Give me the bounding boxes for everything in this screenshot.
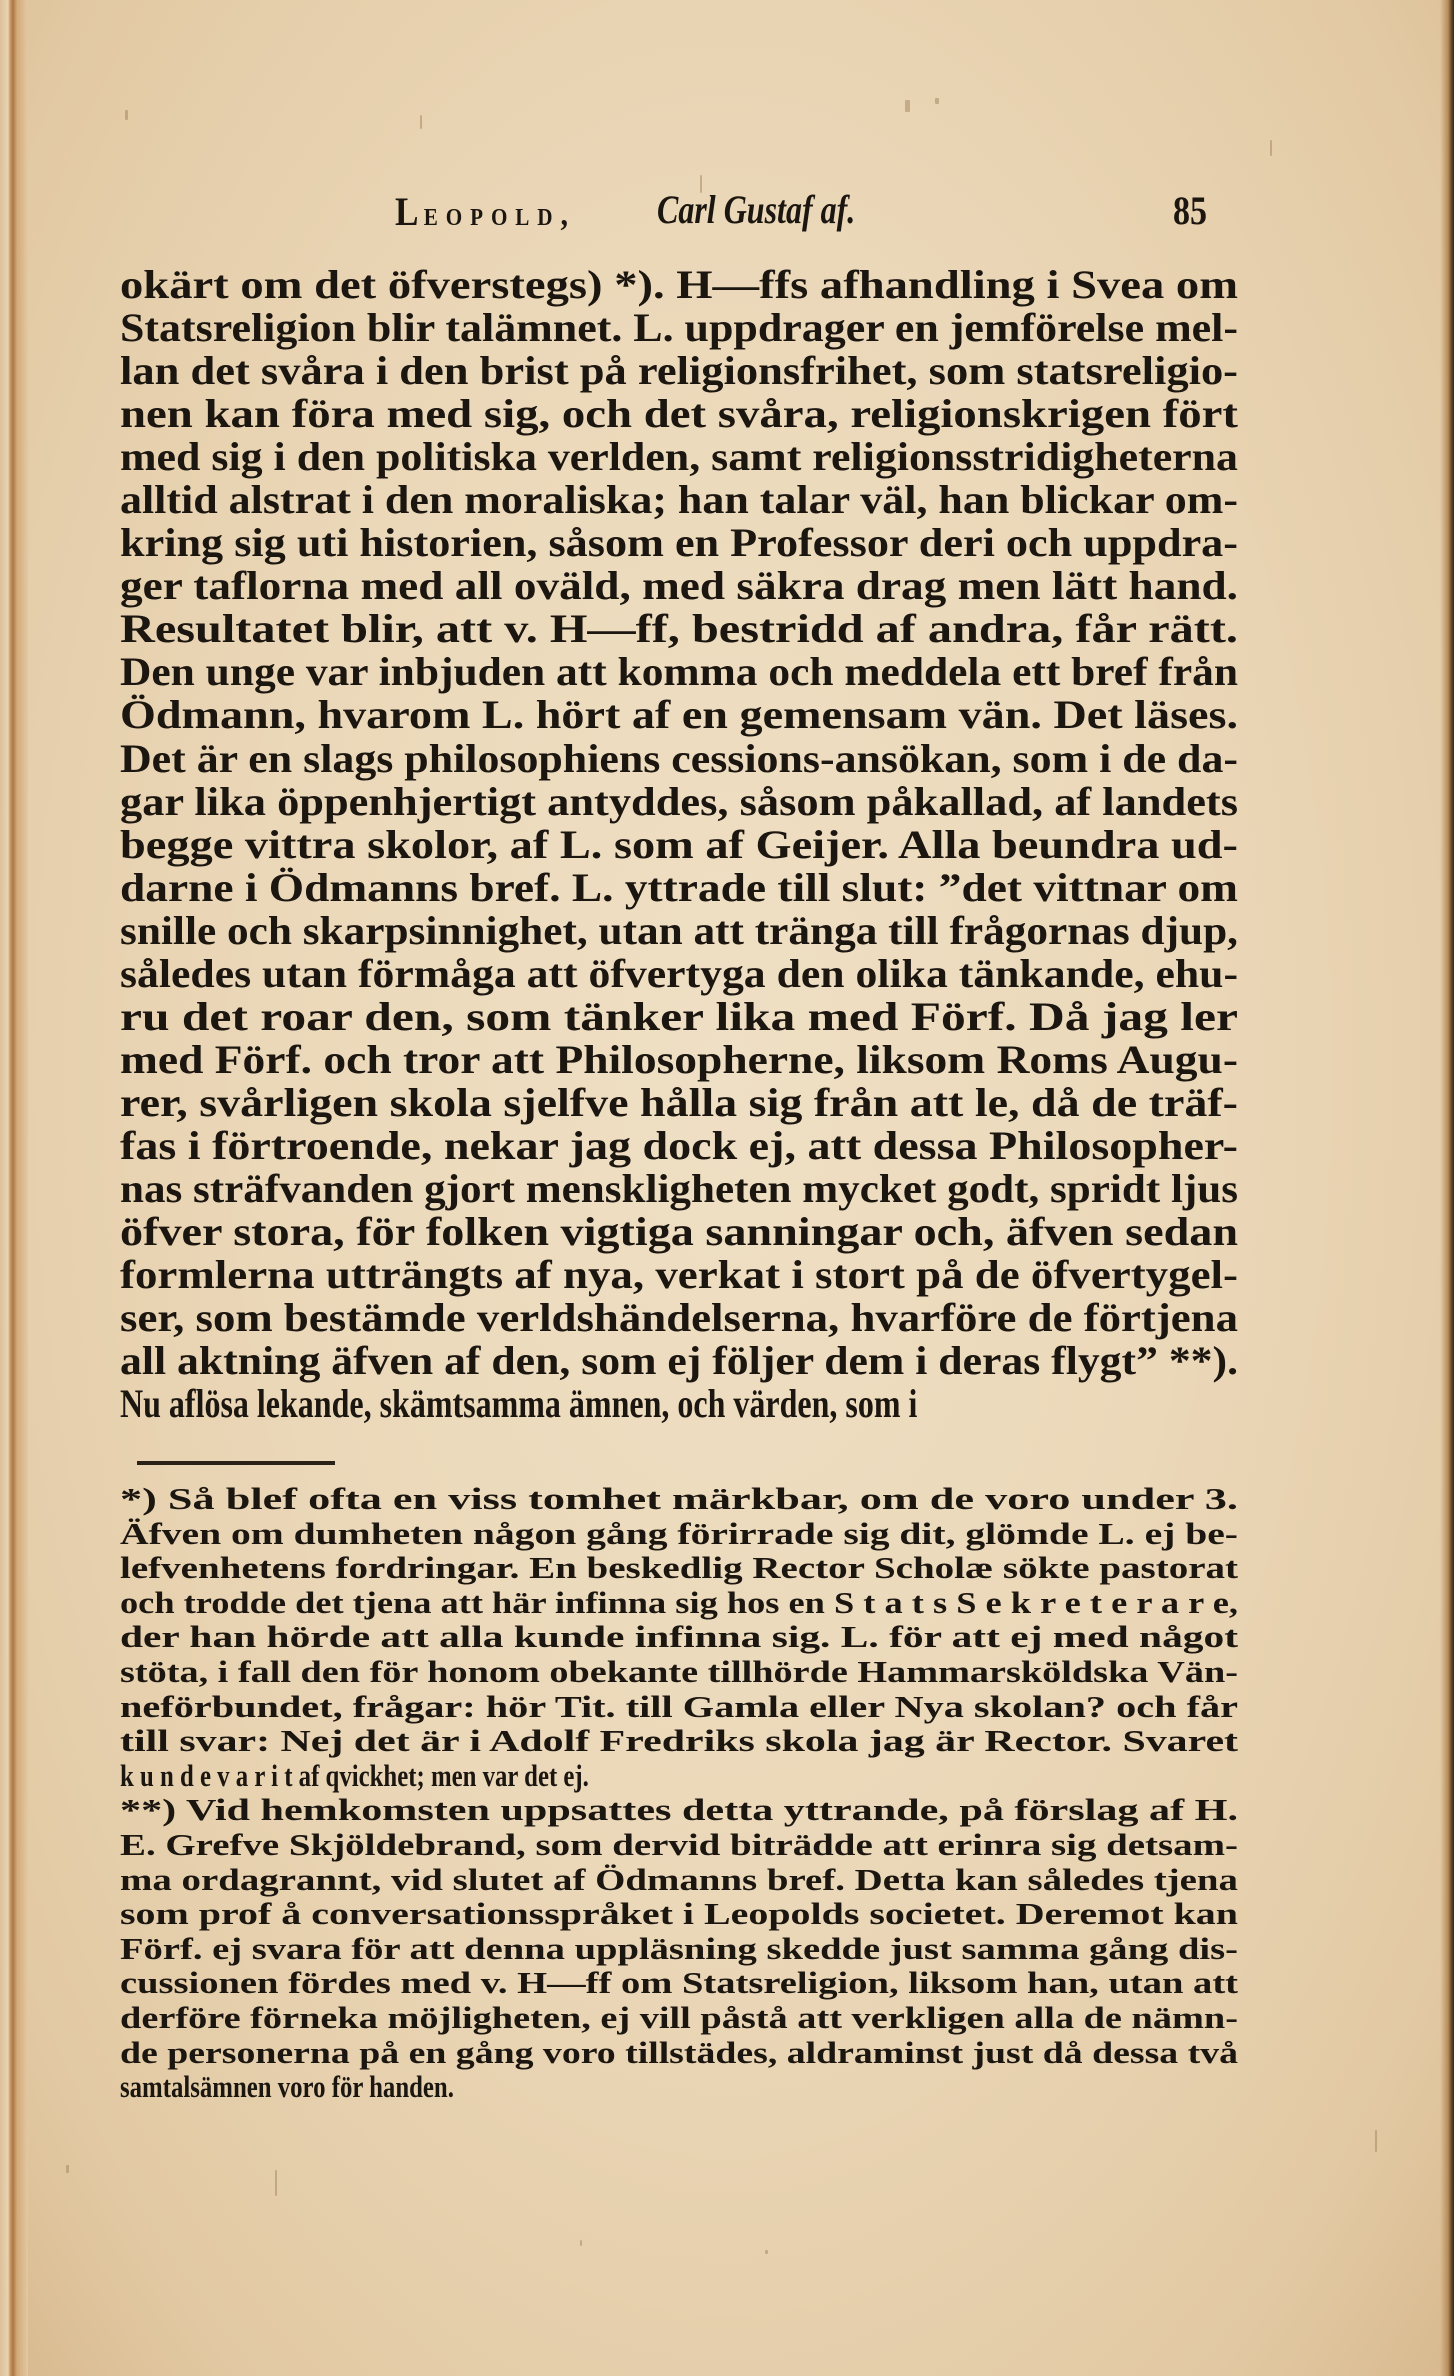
body-line: alltid alstrat i den moraliska; han tala…: [120, 478, 1238, 521]
footnote-line: till svar: Nej det är i Adolf Fredriks s…: [120, 1724, 1238, 1759]
body-line: gar lika öppenhjertigt antyddes, såsom p…: [120, 780, 1238, 823]
line-text: all aktning äfven af den, som ej följer …: [120, 1339, 1238, 1382]
line-text: Den unge var inbjuden att komma och medd…: [120, 650, 1238, 693]
line-text: ma ordagrannt, vid slutet af Ödmanns bre…: [120, 1863, 1238, 1898]
line-text: till svar: Nej det är i Adolf Fredriks s…: [120, 1724, 1238, 1759]
line-text: cussionen fördes med v. H—ff om Statsrel…: [120, 1966, 1238, 2001]
line-text: ser, som bestämde verldshändelserna, hva…: [120, 1296, 1238, 1339]
header-given-name: Carl Gustaf af.: [657, 186, 855, 233]
body-line: Nu aflösa lekande, skämtsamma ämnen, och…: [120, 1382, 1238, 1425]
footnote-line: de personerna på en gång voro tillstädes…: [120, 2036, 1238, 2071]
line-text: rer, svårligen skola sjelfve hålla sig f…: [120, 1081, 1238, 1124]
page-binding-edge: [1440, 0, 1454, 2376]
body-line: Resultatet blir, att v. H—ff, bestridd a…: [120, 607, 1238, 650]
paper-speck: [580, 2240, 582, 2246]
line-text: samtalsämnen voro för handen.: [120, 2070, 454, 2105]
body-line: Statsreligion blir talämnet. L. uppdrage…: [120, 306, 1238, 349]
body-line: ru det roar den, som tänker lika med För…: [120, 995, 1238, 1038]
header-surname: Leopold,: [395, 188, 576, 235]
footnote-line: cussionen fördes med v. H—ff om Statsrel…: [120, 1966, 1238, 2001]
line-text: med Förf. och tror att Philosopherne, li…: [120, 1038, 1238, 1081]
line-text: derföre förneka möjligheten, ej vill pås…: [120, 2001, 1238, 2036]
paper-speck: [275, 2170, 277, 2196]
paper-speck: [420, 115, 422, 129]
page-number: 85: [1173, 187, 1207, 234]
footnote-line: Äfven om dumheten någon gång förirrade s…: [120, 1517, 1238, 1552]
body-line: all aktning äfven af den, som ej följer …: [120, 1339, 1238, 1382]
line-text: Statsreligion blir talämnet. L. uppdrage…: [120, 306, 1238, 349]
footnote-line: stöta, i fall den för honom obekante til…: [120, 1655, 1238, 1690]
line-text: lefvenhetens fordringar. En beskedlig Re…: [120, 1551, 1238, 1586]
line-text: fas i förtroende, nekar jag dock ej, att…: [120, 1124, 1238, 1167]
body-line: nas sträfvanden gjort menskligheten myck…: [120, 1167, 1238, 1210]
line-text: således utan förmåga att öfvertyga den o…: [120, 952, 1238, 995]
footnote-line: **) Vid hemkomsten uppsattes detta yttra…: [120, 1793, 1238, 1828]
footnotes: *) Så blef ofta en viss tomhet märkbar, …: [120, 1482, 1238, 2105]
line-text: Nu aflösa lekande, skämtsamma ämnen, och…: [120, 1382, 917, 1425]
paper-speck: [125, 110, 128, 120]
body-line: öfver stora, för folken vigtiga sanninga…: [120, 1210, 1238, 1253]
body-line: darne i Ödmanns bref. L. yttrade till sl…: [120, 866, 1238, 909]
line-text: Det är en slags philosophiens cessions-a…: [120, 737, 1238, 780]
line-text: nen kan föra med sig, och det svåra, rel…: [120, 392, 1238, 435]
body-line: fas i förtroende, nekar jag dock ej, att…: [120, 1124, 1238, 1167]
body-line: kring sig uti historien, såsom en Profes…: [120, 521, 1238, 564]
body-line: ser, som bestämde verldshändelserna, hva…: [120, 1296, 1238, 1339]
footnote-line: samtalsämnen voro för handen.: [120, 2070, 1238, 2105]
line-text: ru det roar den, som tänker lika med För…: [120, 995, 1238, 1038]
line-text: **) Vid hemkomsten uppsattes detta yttra…: [120, 1793, 1238, 1828]
body-line: rer, svårligen skola sjelfve hålla sig f…: [120, 1081, 1238, 1124]
book-page: Leopold, Carl Gustaf af. 85 okärt om det…: [0, 0, 1454, 2376]
body-line: formlerna utträngts af nya, verkat i sto…: [120, 1253, 1238, 1296]
running-header: Leopold, Carl Gustaf af. 85: [395, 188, 1235, 232]
footnote-line: lefvenhetens fordringar. En beskedlig Re…: [120, 1551, 1238, 1586]
body-line: lan det svåra i den brist på religionsfr…: [120, 349, 1238, 392]
paper-speck: [935, 98, 939, 104]
line-text: begge vittra skolor, af L. som af Geijer…: [120, 823, 1238, 866]
line-text: neförbundet, frågar: hör Tit. till Gamla…: [120, 1690, 1238, 1725]
line-text: och trodde det tjena att här infinna sig…: [120, 1586, 1238, 1621]
footnote-line: *) Så blef ofta en viss tomhet märkbar, …: [120, 1482, 1238, 1517]
line-text: gar lika öppenhjertigt antyddes, såsom p…: [120, 780, 1238, 823]
footnote-line: k u n d e v a r i t af qvickhet; men var…: [120, 1759, 1238, 1794]
footnote-line: E. Grefve Skjöldebrand, som dervid biträ…: [120, 1828, 1238, 1863]
footnote-line: derföre förneka möjligheten, ej vill pås…: [120, 2001, 1238, 2036]
body-line: således utan förmåga att öfvertyga den o…: [120, 952, 1238, 995]
line-text: öfver stora, för folken vigtiga sanninga…: [120, 1210, 1238, 1253]
line-text: lan det svåra i den brist på religionsfr…: [120, 349, 1238, 392]
line-text: *) Så blef ofta en viss tomhet märkbar, …: [120, 1482, 1238, 1517]
line-text: formlerna utträngts af nya, verkat i sto…: [120, 1253, 1238, 1296]
footnote-line: och trodde det tjena att här infinna sig…: [120, 1586, 1238, 1621]
body-line: med sig i den politiska verlden, samt re…: [120, 435, 1238, 478]
footnote-line: som prof å conversationsspråket i Leopol…: [120, 1897, 1238, 1932]
body-line: Det är en slags philosophiens cessions-a…: [120, 737, 1238, 780]
footnote-line: ma ordagrannt, vid slutet af Ödmanns bre…: [120, 1863, 1238, 1898]
line-text: der han hörde att alla kunde infinna sig…: [120, 1620, 1238, 1655]
line-text: Äfven om dumheten någon gång förirrade s…: [120, 1517, 1238, 1552]
paper-speck: [905, 100, 910, 112]
body-line: Ödmann, hvarom L. hört af en gemensam vä…: [120, 693, 1238, 736]
line-text: Förf. ej svara för att denna uppläsning …: [120, 1932, 1238, 1967]
paper-speck: [1375, 2130, 1377, 2152]
line-text: okärt om det öfverstegs) *). H—ffs afhan…: [120, 263, 1238, 306]
footnote-rule: [137, 1461, 335, 1465]
body-line: Den unge var inbjuden att komma och medd…: [120, 650, 1238, 693]
page-left-edge: [0, 0, 28, 2376]
line-text: Resultatet blir, att v. H—ff, bestridd a…: [120, 607, 1238, 650]
line-text: snille och skarpsinnighet, utan att trän…: [120, 909, 1238, 952]
body-line: ger taflorna med all oväld, med säkra dr…: [120, 564, 1238, 607]
line-text: som prof å conversationsspråket i Leopol…: [120, 1897, 1238, 1932]
line-text: ger taflorna med all oväld, med säkra dr…: [120, 564, 1238, 607]
paper-speck: [1270, 140, 1272, 156]
line-text: stöta, i fall den för honom obekante til…: [120, 1655, 1238, 1690]
line-text: med sig i den politiska verlden, samt re…: [120, 435, 1238, 478]
paper-speck: [765, 2250, 768, 2254]
line-text: E. Grefve Skjöldebrand, som dervid biträ…: [120, 1828, 1238, 1863]
footnote-line: Förf. ej svara för att denna uppläsning …: [120, 1932, 1238, 1967]
line-text: kring sig uti historien, såsom en Profes…: [120, 521, 1238, 564]
body-line: nen kan föra med sig, och det svåra, rel…: [120, 392, 1238, 435]
body-line: begge vittra skolor, af L. som af Geijer…: [120, 823, 1238, 866]
line-text: k u n d e v a r i t af qvickhet; men var…: [120, 1759, 589, 1794]
body-line: okärt om det öfverstegs) *). H—ffs afhan…: [120, 263, 1238, 306]
paper-speck: [66, 2165, 69, 2173]
line-text: nas sträfvanden gjort menskligheten myck…: [120, 1167, 1238, 1210]
body-line: snille och skarpsinnighet, utan att trän…: [120, 909, 1238, 952]
line-text: Ödmann, hvarom L. hört af en gemensam vä…: [120, 693, 1238, 736]
body-text: okärt om det öfverstegs) *). H—ffs afhan…: [120, 263, 1238, 1425]
line-text: alltid alstrat i den moraliska; han tala…: [120, 478, 1238, 521]
footnote-line: neförbundet, frågar: hör Tit. till Gamla…: [120, 1690, 1238, 1725]
line-text: darne i Ödmanns bref. L. yttrade till sl…: [120, 866, 1238, 909]
line-text: de personerna på en gång voro tillstädes…: [120, 2036, 1238, 2071]
footnote-line: der han hörde att alla kunde infinna sig…: [120, 1620, 1238, 1655]
body-line: med Förf. och tror att Philosopherne, li…: [120, 1038, 1238, 1081]
